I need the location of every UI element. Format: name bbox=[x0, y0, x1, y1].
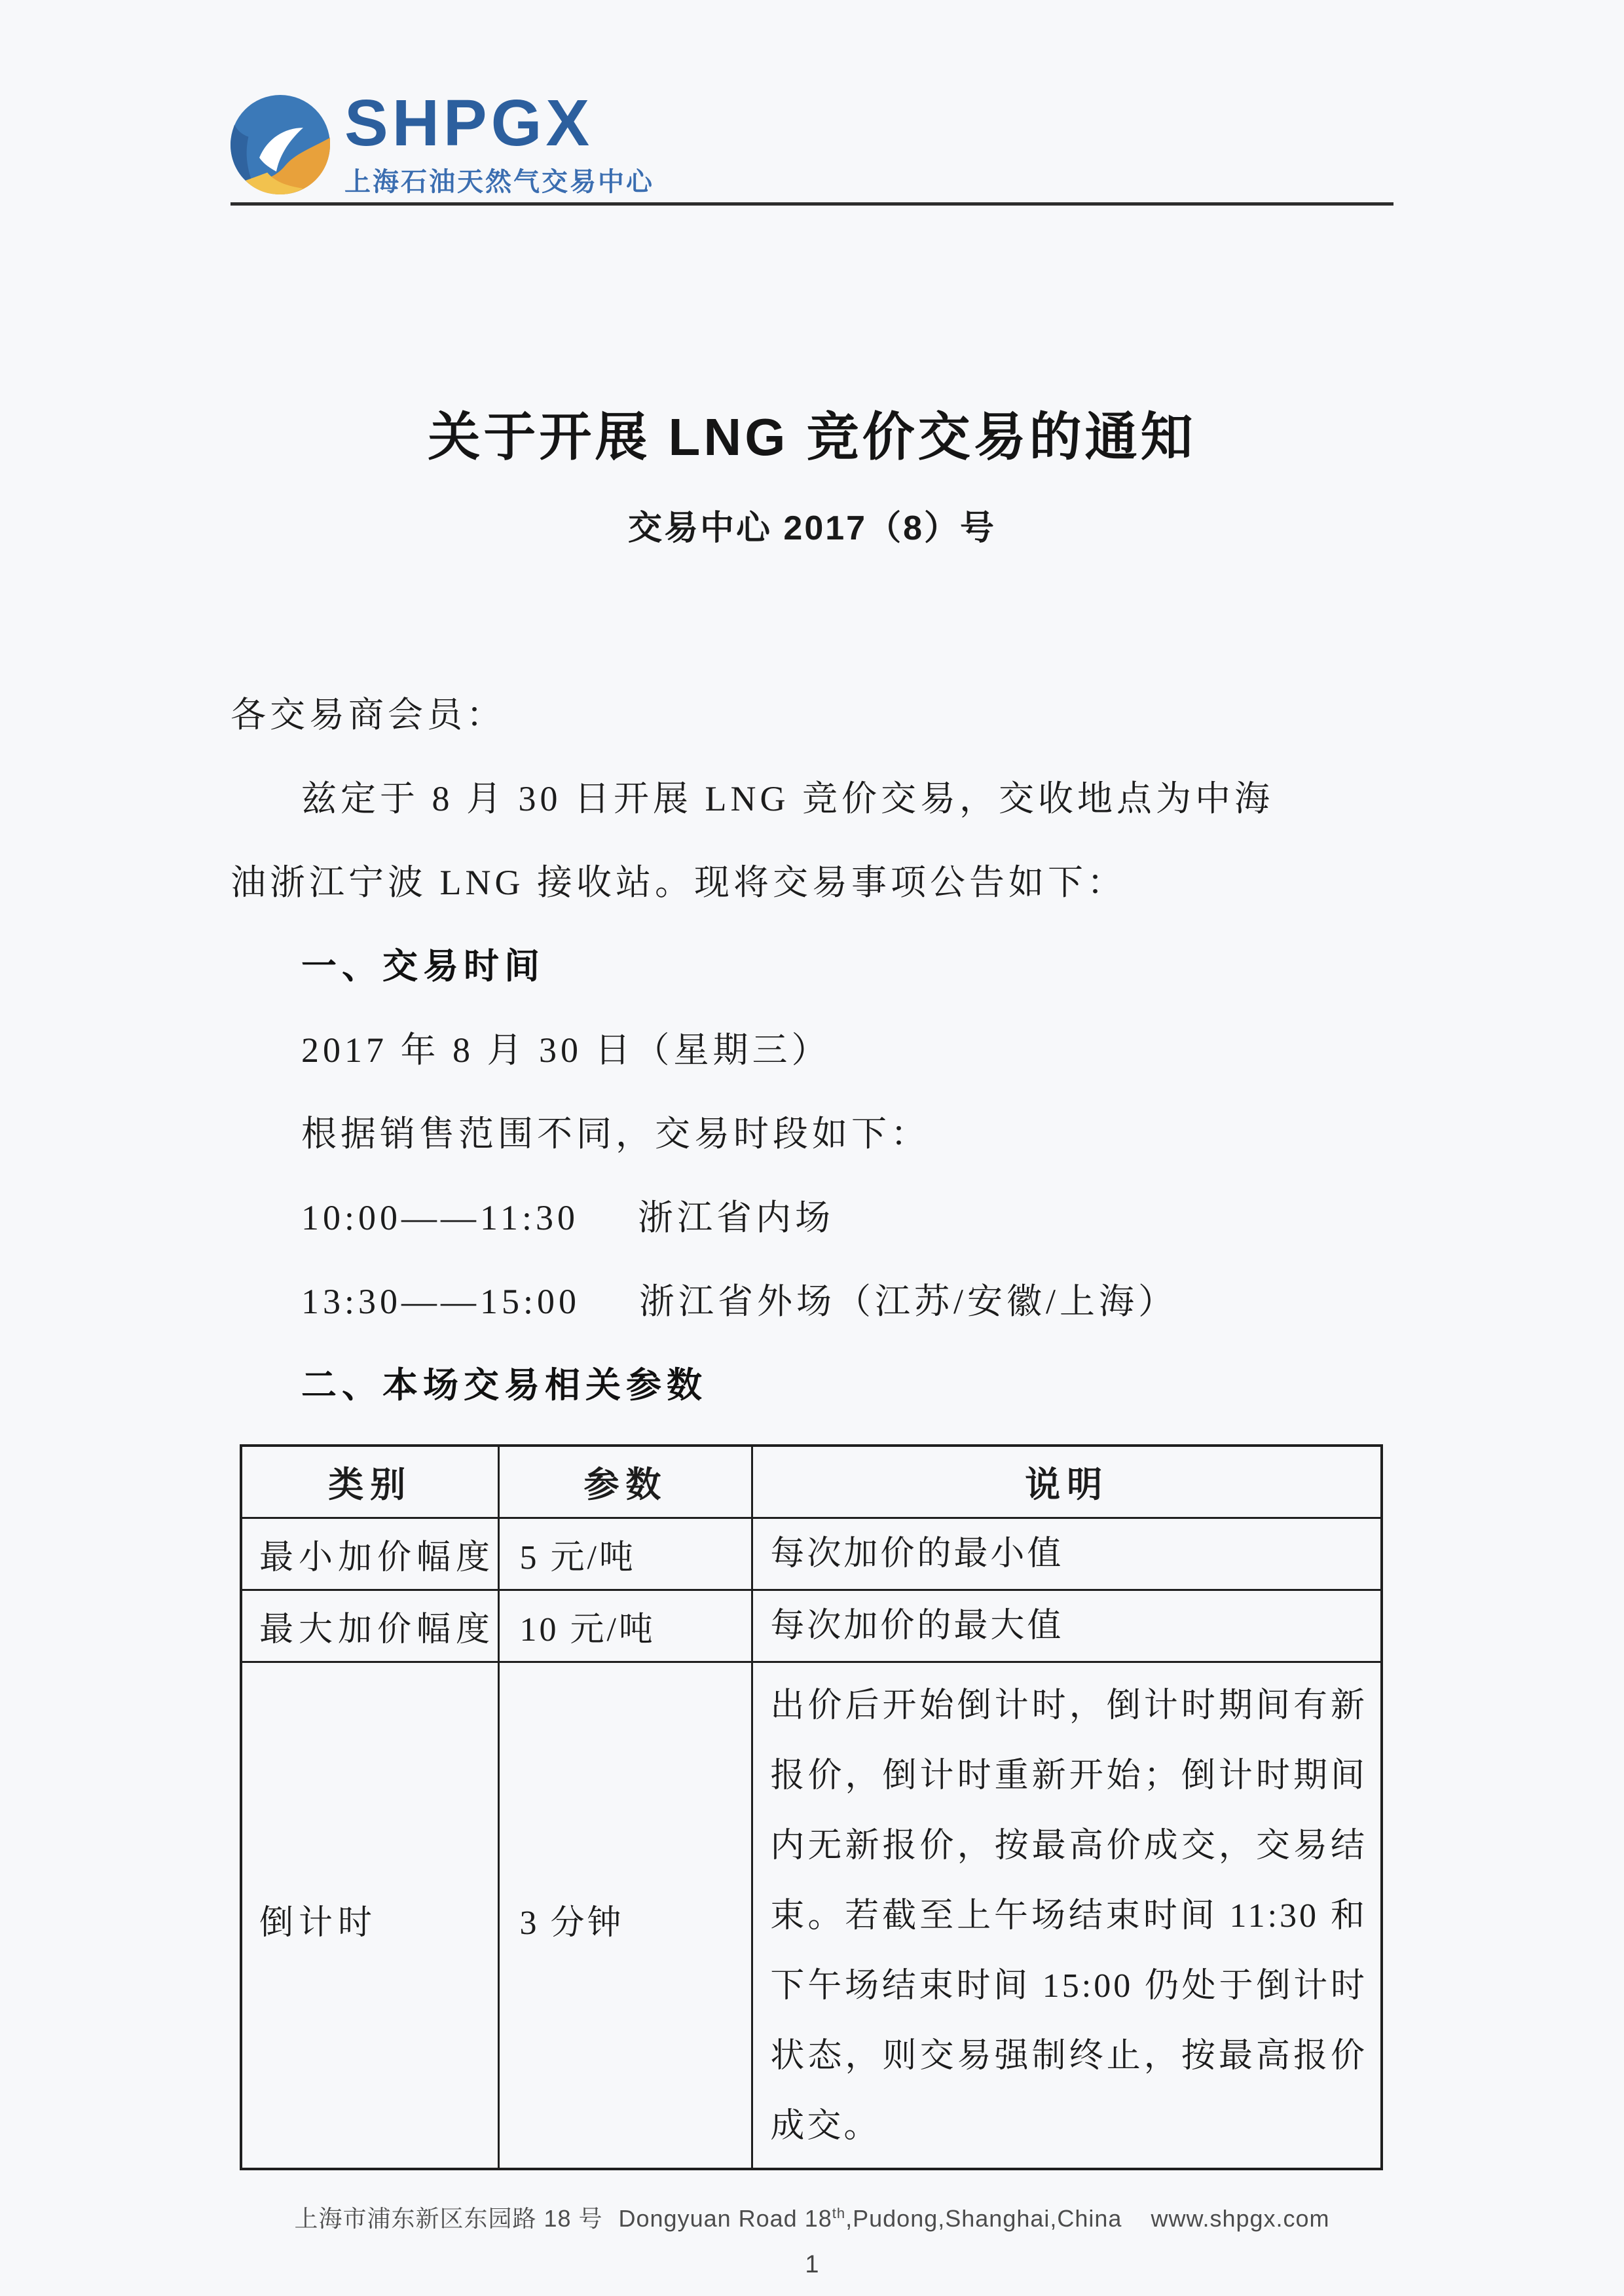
letterhead: SHPGX 上海石油天然气交易中心 bbox=[0, 0, 1624, 198]
salutation: 各交易商会员： bbox=[231, 673, 1393, 757]
shpgx-globe-icon bbox=[231, 95, 330, 194]
intro-line-1: 兹定于 8 月 30 日开展 LNG 竞价交易，交收地点为中海 bbox=[231, 757, 1393, 841]
cell-category: 最大加价幅度 bbox=[241, 1590, 499, 1662]
section2-heading: 二、本场交易相关参数 bbox=[231, 1343, 1393, 1427]
intro-line-2: 油浙江宁波 LNG 接收站。现将交易事项公告如下： bbox=[231, 841, 1393, 924]
parameters-table-wrap: 类别 参数 说明 最小加价幅度 5 元/吨 每次加价的最小值 最大加价幅度 10… bbox=[240, 1444, 1393, 2170]
document-body: 各交易商会员： 兹定于 8 月 30 日开展 LNG 竞价交易，交收地点为中海 … bbox=[231, 673, 1393, 1427]
document-page: SHPGX 上海石油天然气交易中心 关于开展 LNG 竞价交易的通知 交易中心 … bbox=[0, 0, 1624, 2296]
cell-parameter: 5 元/吨 bbox=[499, 1518, 752, 1590]
footer-address-cn: 上海市浦东新区东园路 18 号 bbox=[294, 2205, 602, 2232]
slot-morning: 10:00——11:30浙江省内场 bbox=[231, 1176, 1393, 1260]
cell-category: 最小加价幅度 bbox=[241, 1518, 499, 1590]
footer-address-line: 上海市浦东新区东园路 18 号Dongyuan Road 18th,Pudong… bbox=[0, 2200, 1624, 2234]
brand-abbreviation: SHPGX bbox=[344, 90, 654, 156]
slot-morning-time: 10:00——11:30 bbox=[301, 1198, 579, 1237]
slot-morning-venue: 浙江省内场 bbox=[638, 1198, 834, 1237]
cell-category: 倒计时 bbox=[241, 1662, 499, 2169]
cell-description: 每次加价的最小值 bbox=[752, 1518, 1382, 1590]
logo-text: SHPGX 上海石油天然气交易中心 bbox=[344, 90, 654, 198]
header-parameter: 参数 bbox=[499, 1446, 752, 1518]
logo: SHPGX 上海石油天然气交易中心 bbox=[231, 90, 1393, 198]
range-note: 根据销售范围不同，交易时段如下： bbox=[231, 1092, 1393, 1176]
parameters-table: 类别 参数 说明 最小加价幅度 5 元/吨 每次加价的最小值 最大加价幅度 10… bbox=[240, 1444, 1383, 2170]
slot-afternoon-venue: 浙江省外场（江苏/安徽/上海） bbox=[639, 1282, 1177, 1321]
section1-heading: 一、交易时间 bbox=[231, 924, 1393, 1008]
footer-address-en: Dongyuan Road 18th,Pudong,Shanghai,China bbox=[619, 2205, 1122, 2232]
document-number: 交易中心 2017（8）号 bbox=[0, 505, 1624, 551]
cell-description: 每次加价的最大值 bbox=[752, 1590, 1382, 1662]
footer-ordinal-sup: th bbox=[832, 2205, 845, 2221]
cell-parameter: 3 分钟 bbox=[499, 1662, 752, 2169]
trade-date: 2017 年 8 月 30 日（星期三） bbox=[231, 1008, 1393, 1092]
cell-parameter: 10 元/吨 bbox=[499, 1590, 752, 1662]
table-header-row: 类别 参数 说明 bbox=[241, 1446, 1382, 1518]
brand-tagline: 上海石油天然气交易中心 bbox=[344, 161, 654, 198]
document-title: 关于开展 LNG 竞价交易的通知 bbox=[0, 402, 1624, 473]
page-number: 1 bbox=[0, 2251, 1624, 2279]
cell-description: 出价后开始倒计时，倒计时期间有新报价，倒计时重新开始；倒计时期间内无新报价，按最… bbox=[752, 1662, 1382, 2169]
table-row-countdown: 倒计时 3 分钟 出价后开始倒计时，倒计时期间有新报价，倒计时重新开始；倒计时期… bbox=[241, 1662, 1382, 2169]
footer-website: www.shpgx.com bbox=[1151, 2205, 1329, 2232]
header-description: 说明 bbox=[752, 1446, 1382, 1518]
slot-afternoon-time: 13:30——15:00 bbox=[301, 1282, 580, 1321]
slot-afternoon: 13:30——15:00浙江省外场（江苏/安徽/上海） bbox=[231, 1260, 1393, 1343]
table-row-max-increment: 最大加价幅度 10 元/吨 每次加价的最大值 bbox=[241, 1590, 1382, 1662]
table-row-min-increment: 最小加价幅度 5 元/吨 每次加价的最小值 bbox=[241, 1518, 1382, 1590]
header-divider bbox=[231, 202, 1393, 206]
header-category: 类别 bbox=[241, 1446, 499, 1518]
